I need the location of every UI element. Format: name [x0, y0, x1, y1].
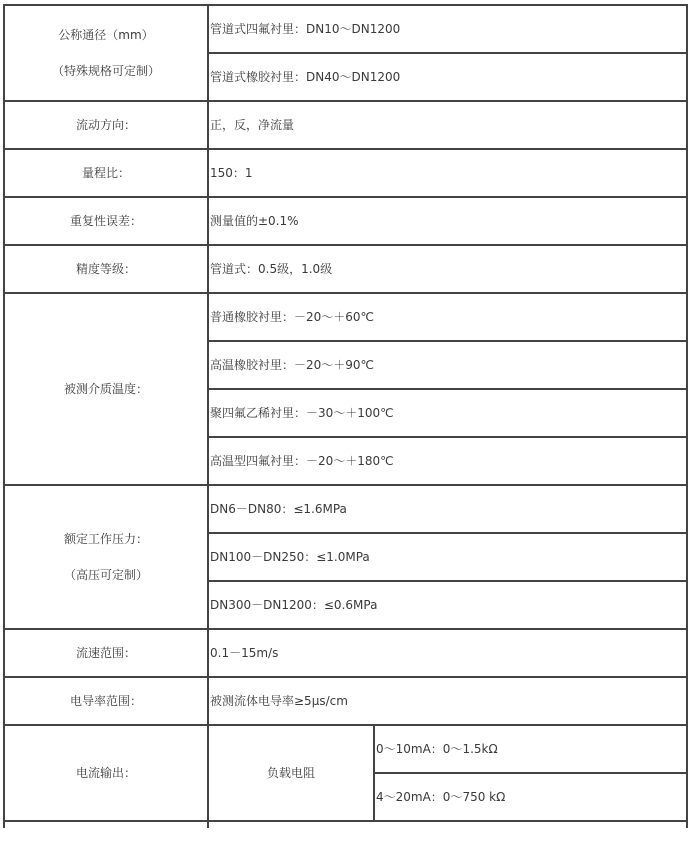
- table-row: 公称通径（mm） （特殊规格可定制） 管道式四氟衬里：DN10～DN1200: [4, 5, 687, 53]
- table-row: 精度等级： 管道式：0.5级，1.0级: [4, 245, 687, 293]
- row-label-range-ratio: 量程比：: [4, 149, 208, 197]
- table-row: 额定工作压力： （高压可定制） DN6－DN80：≤1.6MPa: [4, 485, 687, 533]
- cut-cell: [208, 821, 687, 828]
- value-cell: 被测流体电导率≥5μs/cm: [208, 677, 687, 725]
- row-label-flow-direction: 流动方向：: [4, 101, 208, 149]
- value-cell: 聚四氟乙稀衬里：－30～＋100℃: [208, 389, 687, 437]
- label-line: （高压可定制）: [5, 568, 207, 582]
- value-cell: 管道式橡胶衬里：DN40～DN1200: [208, 53, 687, 101]
- sub-label-load-resistance: 负载电阻: [208, 725, 374, 821]
- table-row: 电导率范围： 被测流体电导率≥5μs/cm: [4, 677, 687, 725]
- row-label-conductivity-range: 电导率范围：: [4, 677, 208, 725]
- value-cell: 0～10mA：0～1.5kΩ: [374, 725, 687, 773]
- value-cell: 测量值的±0.1%: [208, 197, 687, 245]
- table-row: 重复性误差： 测量值的±0.1%: [4, 197, 687, 245]
- value-cell: 150：1: [208, 149, 687, 197]
- value-cell: 0.1－15m/s: [208, 629, 687, 677]
- table-row: 量程比： 150：1: [4, 149, 687, 197]
- row-label-repeatability-error: 重复性误差：: [4, 197, 208, 245]
- spec-table: 公称通径（mm） （特殊规格可定制） 管道式四氟衬里：DN10～DN1200 管…: [3, 4, 688, 828]
- row-label-nominal-diameter: 公称通径（mm） （特殊规格可定制）: [4, 5, 208, 101]
- row-label-medium-temperature: 被测介质温度：: [4, 293, 208, 485]
- label-line: 公称通径（mm）: [5, 28, 207, 42]
- table-row: 被测介质温度： 普通橡胶衬里：－20～＋60℃: [4, 293, 687, 341]
- value-cell: 正，反，净流量: [208, 101, 687, 149]
- value-cell: 普通橡胶衬里：－20～＋60℃: [208, 293, 687, 341]
- table-row-cut-off: [4, 821, 687, 828]
- row-label-current-output: 电流输出：: [4, 725, 208, 821]
- row-label-flow-velocity-range: 流速范围：: [4, 629, 208, 677]
- value-cell: 高温橡胶衬里：－20～＋90℃: [208, 341, 687, 389]
- label-line: （特殊规格可定制）: [5, 64, 207, 78]
- table-row: 流动方向： 正，反，净流量: [4, 101, 687, 149]
- value-cell: 管道式：0.5级，1.0级: [208, 245, 687, 293]
- value-cell: 高温型四氟衬里：－20～＋180℃: [208, 437, 687, 485]
- value-cell: DN300－DN1200：≤0.6MPa: [208, 581, 687, 629]
- table-row: 电流输出： 负载电阻 0～10mA：0～1.5kΩ: [4, 725, 687, 773]
- table-row: 流速范围： 0.1－15m/s: [4, 629, 687, 677]
- value-cell: DN100－DN250：≤1.0MPa: [208, 533, 687, 581]
- label-line: 额定工作压力：: [5, 532, 207, 546]
- row-label-accuracy-class: 精度等级：: [4, 245, 208, 293]
- cut-cell: [4, 821, 208, 828]
- value-cell: DN6－DN80：≤1.6MPa: [208, 485, 687, 533]
- row-label-rated-pressure: 额定工作压力： （高压可定制）: [4, 485, 208, 629]
- value-cell: 4～20mA：0～750 kΩ: [374, 773, 687, 821]
- value-cell: 管道式四氟衬里：DN10～DN1200: [208, 5, 687, 53]
